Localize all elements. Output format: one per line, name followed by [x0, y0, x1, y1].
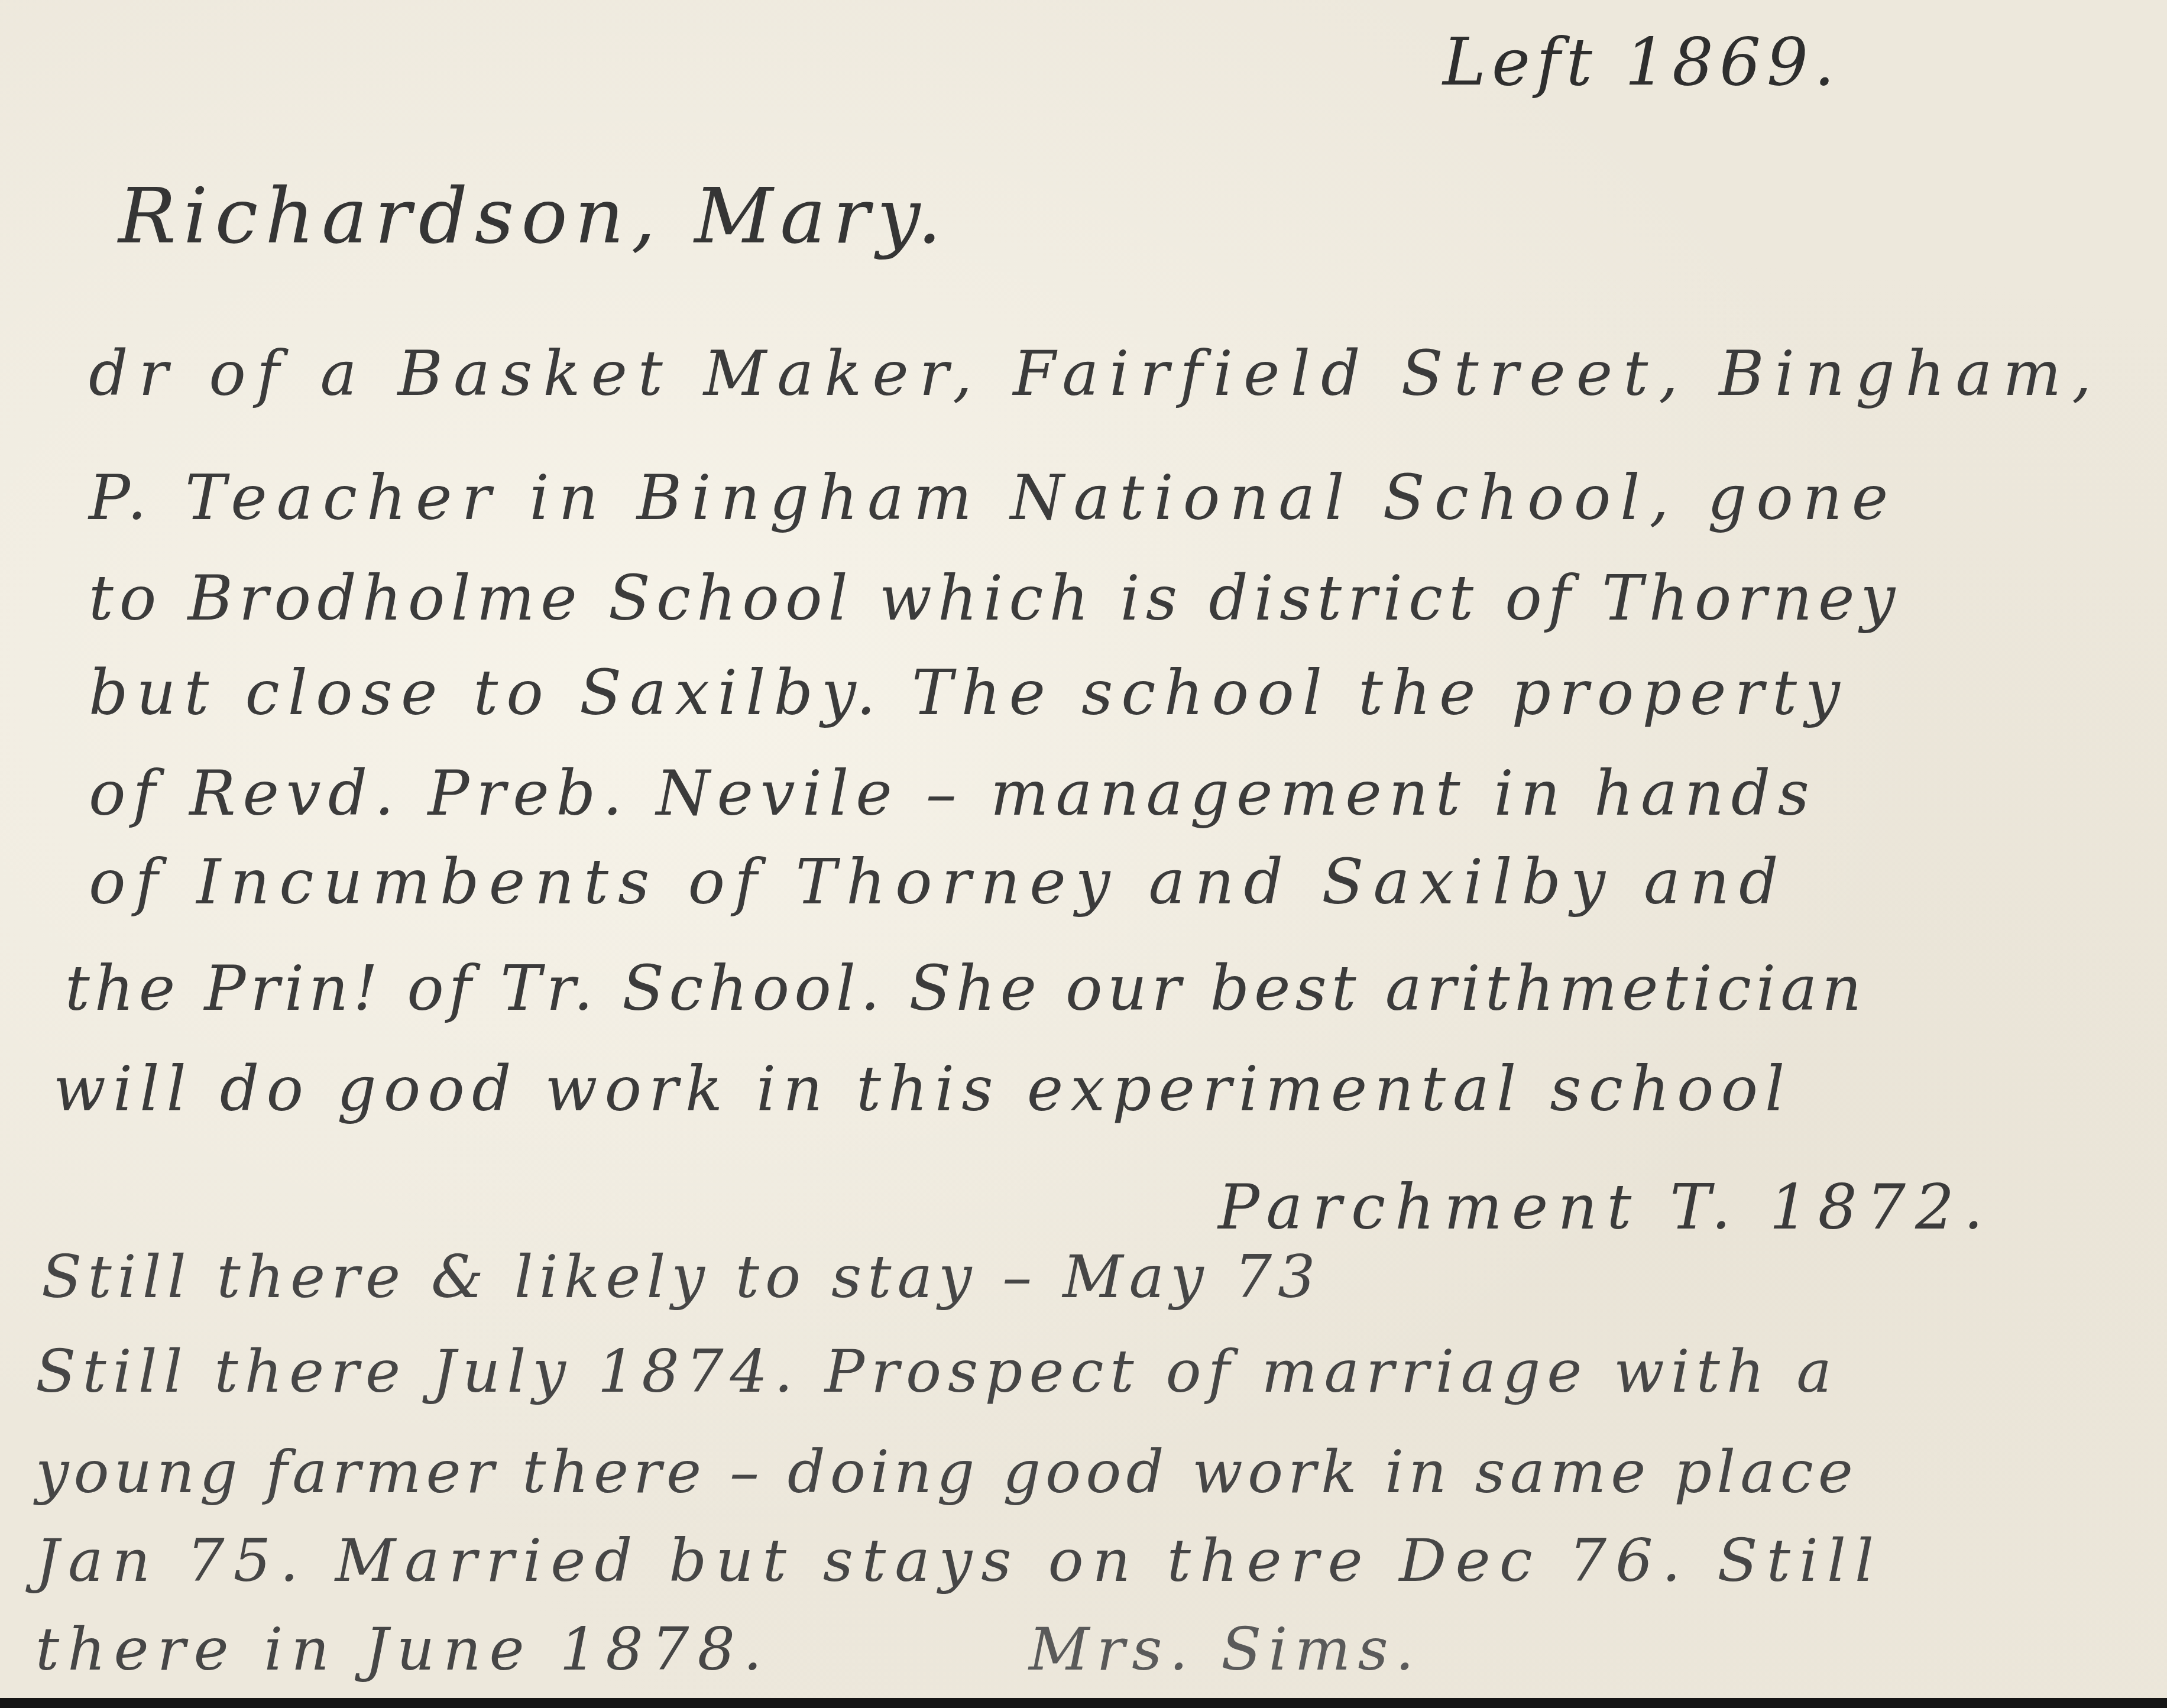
entry-name-heading: Richardson, Mary. — [118, 177, 948, 254]
later-note-4: Jan 75. Married but stays on there Dec 7… — [35, 1531, 1883, 1590]
later-note-5: there in June 1878. — [35, 1620, 770, 1679]
body-line-5: of Revd. Preb. Nevile – management in ha… — [89, 763, 1816, 824]
later-note-3: young farmer there – doing good work in … — [35, 1443, 1858, 1502]
parchment-certificate-note: Parchment T. 1872. — [1218, 1177, 1993, 1238]
body-line-7: the Prin! of Tr. School. She our best ar… — [65, 958, 1866, 1019]
later-note-2: Still there July 1874. Prospect of marri… — [35, 1342, 1838, 1401]
scan-bottom-edge — [0, 1698, 2167, 1708]
body-line-4: but close to Saxilby. The school the pro… — [89, 662, 1848, 724]
left-year-note: Left 1869. — [1443, 30, 1841, 95]
body-line-1: dr of a Basket Maker, Fairfield Street, … — [89, 343, 2102, 404]
body-line-2: P. Teacher in Bingham National School, g… — [89, 467, 1897, 529]
body-line-6: of Incumbents of Thorney and Saxilby and — [89, 851, 1788, 913]
married-name-signature: Mrs. Sims. — [1029, 1620, 1421, 1679]
manuscript-page: Left 1869. Richardson, Mary. dr of a Bas… — [0, 0, 2167, 1699]
body-line-3: to Brodholme School which is district of… — [89, 568, 1901, 629]
later-note-1: Still there & likely to stay – May 73 — [41, 1247, 1321, 1307]
body-line-8: will do good work in this experimental s… — [53, 1058, 1792, 1120]
